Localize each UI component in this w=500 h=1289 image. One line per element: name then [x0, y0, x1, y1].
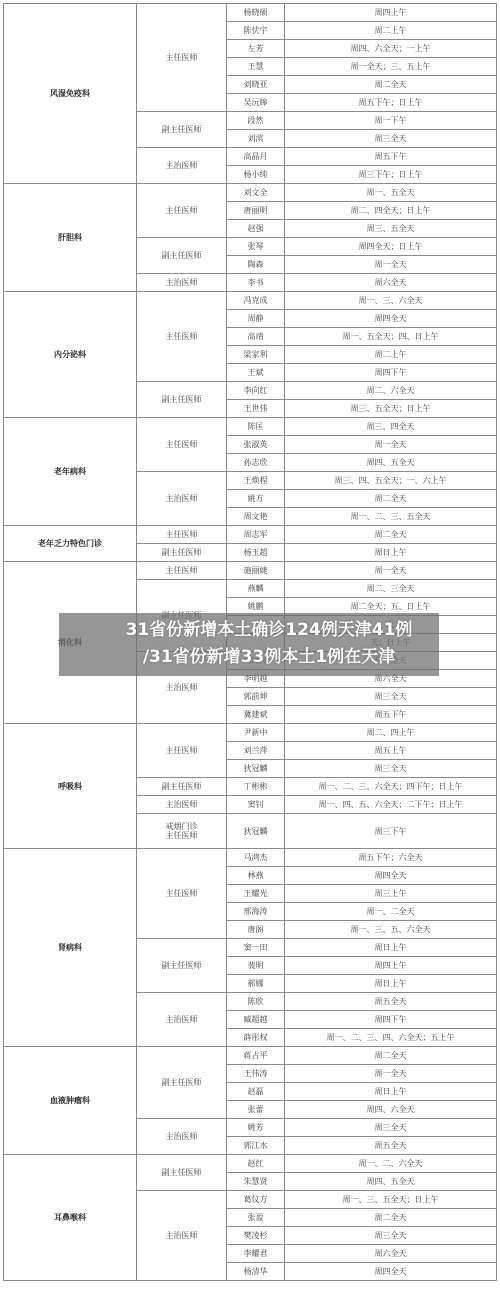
doctor-name-cell: 李书: [227, 274, 285, 292]
schedule-cell: 周一、二、三、五全天: [285, 508, 497, 526]
schedule-cell: 周五下午；六全天: [285, 849, 497, 867]
schedule-cell: 周三、四全天: [285, 418, 497, 436]
doctor-name-cell: 郝娜: [227, 975, 285, 993]
doctor-name-cell: 窦一田: [227, 939, 285, 957]
title-cell: 主治医师: [137, 274, 227, 292]
schedule-cell: 周四、五全天: [285, 454, 497, 472]
headline-banner: 31省份新增本土确诊124例天津41例 /31省份新增33例本土1例在天津: [59, 613, 439, 676]
schedule-cell: 周六全天: [285, 1245, 497, 1263]
doctor-name-cell: 周志军: [227, 526, 285, 544]
schedule-cell: 周一、三、五、六全天: [285, 921, 497, 939]
schedule-cell: 周五下午: [285, 148, 497, 166]
title-cell: 主治医师: [137, 148, 227, 184]
schedule-cell: 周四、六全天；一上午: [285, 40, 497, 58]
doctor-name-cell: 燕麟: [227, 580, 285, 598]
schedule-cell: 周二、六全天: [285, 382, 497, 400]
table-row: 老年病科主任医师陈匡周三、四全天: [4, 418, 497, 436]
doctor-name-cell: 狄冠麟: [227, 814, 285, 849]
schedule-cell: 周二全天: [285, 76, 497, 94]
headline-line-2: /31省份新增33例本土1例在天津: [69, 644, 469, 671]
schedule-cell: 周三全天: [285, 1227, 497, 1245]
doctor-name-cell: 杨玉超: [227, 544, 285, 562]
schedule-cell: 周二、四上午: [285, 724, 497, 742]
doctor-name-cell: 裴明: [227, 957, 285, 975]
schedule-cell: 周五全天: [285, 1137, 497, 1155]
doctor-name-cell: 陈匡: [227, 418, 285, 436]
doctor-name-cell: 葛仪方: [227, 1191, 285, 1209]
doctor-name-cell: 尹新中: [227, 724, 285, 742]
schedule-cell: 周四下午: [285, 1011, 497, 1029]
doctor-name-cell: 张琴: [227, 238, 285, 256]
table-row: 消化科主任医师施丽婕周一全天: [4, 562, 497, 580]
doctor-name-cell: 刘晓亚: [227, 76, 285, 94]
department-cell: 耳鼻喉科: [4, 1155, 137, 1281]
title-cell: 主治医师: [137, 796, 227, 814]
doctor-name-cell: 邢海涛: [227, 903, 285, 921]
table-row: 肝胆科主任医师刘文全周一、五全天: [4, 184, 497, 202]
title-cell: 主任医师: [137, 526, 227, 544]
doctor-name-cell: 郭江水: [227, 1137, 285, 1155]
doctor-name-cell: 窦钊: [227, 796, 285, 814]
title-cell: 主任医师: [137, 4, 227, 112]
doctor-name-cell: 刘滨: [227, 130, 285, 148]
doctor-name-cell: 樊凌杉: [227, 1227, 285, 1245]
table-row: 内分泌科主任医师冯克成周一、三、六全天: [4, 292, 497, 310]
doctor-name-cell: 刘兰萍: [227, 742, 285, 760]
schedule-cell: 周一、二、三、四、六全天；五上午: [285, 1029, 497, 1047]
schedule-cell: 周一、二全天: [285, 903, 497, 921]
doctor-name-cell: 臧超越: [227, 1011, 285, 1029]
schedule-cell: 周一、三、六全天: [285, 292, 497, 310]
doctor-name-cell: 王斌: [227, 364, 285, 382]
schedule-cell: 周一全天: [285, 1065, 497, 1083]
schedule-cell: 周四全天: [285, 310, 497, 328]
doctor-name-cell: 孙志欣: [227, 454, 285, 472]
doctor-name-cell: 林燕: [227, 867, 285, 885]
schedule-cell: 周五全天: [285, 993, 497, 1011]
schedule-cell: 周一全天；三、五上午: [285, 58, 497, 76]
doctor-name-cell: 赵强: [227, 220, 285, 238]
table-row: 肾病科主任医师马鸿杰周五下午；六全天: [4, 849, 497, 867]
schedule-cell: 周三上午: [285, 885, 497, 903]
schedule-cell: 周三、五全天；日上午: [285, 400, 497, 418]
schedule-cell: 周三下午；日上午: [285, 166, 497, 184]
doctor-name-cell: 高靖: [227, 328, 285, 346]
schedule-cell: 周二、四全天；日上午: [285, 202, 497, 220]
title-cell: 主任医师: [137, 292, 227, 382]
schedule-cell: 周五下午: [285, 706, 497, 724]
title-cell: 副主任医师: [137, 1155, 227, 1191]
doctor-name-cell: 周静: [227, 310, 285, 328]
department-cell: 风湿免疫科: [4, 4, 137, 184]
schedule-cell: 周日上午: [285, 975, 497, 993]
title-cell: 主任医师: [137, 184, 227, 238]
title-cell: 副主任医师: [137, 382, 227, 418]
schedule-cell: 周三全天: [285, 1119, 497, 1137]
schedule-cell: 周一全天: [285, 256, 497, 274]
table-row: 耳鼻喉科副主任医师赵红周一、二、六全天: [4, 1155, 497, 1173]
doctor-name-cell: 杨清华: [227, 1263, 285, 1281]
schedule-cell: 周二上午: [285, 22, 497, 40]
doctor-name-cell: 周文艳: [227, 508, 285, 526]
doctor-name-cell: 赵红: [227, 1155, 285, 1173]
doctor-name-cell: 唐丽明: [227, 202, 285, 220]
doctor-name-cell: 王焕程: [227, 472, 285, 490]
doctor-name-cell: 梁家利: [227, 346, 285, 364]
title-cell: 主治医师: [137, 472, 227, 526]
schedule-cell: 周一、五全天: [285, 184, 497, 202]
table-row: 血液肿瘤科副主任医师蒋占平周二全天: [4, 1047, 497, 1065]
schedule-cell: 周二上午: [285, 346, 497, 364]
department-cell: 呼吸科: [4, 724, 137, 849]
schedule-cell: 周一、二、六全天: [285, 1155, 497, 1173]
department-cell: 血液肿瘤科: [4, 1047, 137, 1155]
schedule-cell: 周四全天；日上午: [285, 238, 497, 256]
schedule-cell: 周日上午: [285, 939, 497, 957]
title-cell: 副主任医师: [137, 544, 227, 562]
doctor-name-cell: 段然: [227, 112, 285, 130]
schedule-cell: 周一、五全天；四、日上午: [285, 328, 497, 346]
schedule-cell: 周四、六全天: [285, 1101, 497, 1119]
doctor-name-cell: 李耀君: [227, 1245, 285, 1263]
title-cell: 副主任医师: [137, 112, 227, 148]
schedule-cell: 周五上午: [285, 742, 497, 760]
doctor-name-cell: 陶森: [227, 256, 285, 274]
table-row: 风湿免疫科主任医师杨晓硕周四上午: [4, 4, 497, 22]
schedule-cell: 周日上午: [285, 1083, 497, 1101]
doctor-name-cell: 朱慧贤: [227, 1173, 285, 1191]
doctor-name-cell: 郭前坤: [227, 688, 285, 706]
doctor-name-cell: 丁彬彬: [227, 778, 285, 796]
department-cell: 肾病科: [4, 849, 137, 1047]
doctor-name-cell: 张盈: [227, 1209, 285, 1227]
department-cell: 老年乏力特色门诊: [4, 526, 137, 562]
table-row: 老年乏力特色门诊主任医师周志军周二全天: [4, 526, 497, 544]
doctor-name-cell: 陈欣: [227, 993, 285, 1011]
doctor-name-cell: 王伟涛: [227, 1065, 285, 1083]
department-cell: 肝胆科: [4, 184, 137, 292]
schedule-cell: 周一、二、三、六全天；四下午；日上午: [285, 778, 497, 796]
schedule-cell: 周三、五全天: [285, 220, 497, 238]
doctor-name-cell: 薛彤权: [227, 1029, 285, 1047]
headline-line-1: 31省份新增本土确诊124例天津41例: [69, 617, 469, 644]
schedule-cell: 周一、四、五、六全天；二下午；日上午: [285, 796, 497, 814]
department-cell: 内分泌科: [4, 292, 137, 418]
title-cell: 副主任医师: [137, 939, 227, 993]
schedule-cell: 周一全天: [285, 562, 497, 580]
title-cell: 主任医师: [137, 418, 227, 472]
title-cell: 主任医师: [137, 724, 227, 778]
schedule-cell: 周四上午: [285, 4, 497, 22]
schedule-cell: 周一下午: [285, 112, 497, 130]
title-cell: 戒烟门诊 主任医师: [137, 814, 227, 849]
doctor-name-cell: 唐阁: [227, 921, 285, 939]
doctor-name-cell: 张淑英: [227, 436, 285, 454]
doctor-name-cell: 吴沅皞: [227, 94, 285, 112]
doctor-name-cell: 姚方: [227, 490, 285, 508]
schedule-cell: 周二全天: [285, 1209, 497, 1227]
doctor-name-cell: 赵磊: [227, 1083, 285, 1101]
doctor-name-cell: 姚芳: [227, 1119, 285, 1137]
doctor-name-cell: 狄冠麟: [227, 760, 285, 778]
doctor-name-cell: 王耀光: [227, 885, 285, 903]
schedule-cell: 周四、五全天: [285, 1173, 497, 1191]
doctor-name-cell: 王世伟: [227, 400, 285, 418]
schedule-cell: 周一全天: [285, 436, 497, 454]
title-cell: 副主任医师: [137, 1047, 227, 1119]
doctor-name-cell: 张蕾: [227, 1101, 285, 1119]
title-cell: 主治医师: [137, 993, 227, 1047]
title-cell: 主治医师: [137, 1119, 227, 1155]
schedule-cell: 周日上午: [285, 544, 497, 562]
doctor-name-cell: 左芳: [227, 40, 285, 58]
title-cell: 副主任医师: [137, 778, 227, 796]
schedule-cell: 周三全天: [285, 688, 497, 706]
doctor-name-cell: 杨晓硕: [227, 4, 285, 22]
schedule-cell: 周六全天: [285, 274, 497, 292]
title-cell: 主任医师: [137, 562, 227, 580]
schedule-cell: 周四全天: [285, 1263, 497, 1281]
doctor-name-cell: 杨小纯: [227, 166, 285, 184]
headline-text: 31省份新增本土确诊124例天津41例 /31省份新增33例本土1例在天津: [69, 617, 469, 671]
schedule-cell: 周四上午: [285, 957, 497, 975]
doctor-name-cell: 王慧: [227, 58, 285, 76]
schedule-cell: 周二、三全天: [285, 580, 497, 598]
schedule-cell: 周三全天: [285, 760, 497, 778]
doctor-name-cell: 陈伏宇: [227, 22, 285, 40]
schedule-cell: 周二全天: [285, 490, 497, 508]
schedule-cell: 周二全天: [285, 1047, 497, 1065]
title-cell: 副主任医师: [137, 238, 227, 274]
schedule-cell: 周三下午: [285, 814, 497, 849]
schedule-cell: 周五下午；日上午: [285, 94, 497, 112]
table-row: 呼吸科主任医师尹新中周二、四上午: [4, 724, 497, 742]
doctor-name-cell: 马鸿杰: [227, 849, 285, 867]
department-cell: 老年病科: [4, 418, 137, 526]
schedule-cell: 周四全天: [285, 867, 497, 885]
doctor-name-cell: 刘文全: [227, 184, 285, 202]
doctor-name-cell: 冀建斌: [227, 706, 285, 724]
schedule-cell: 周一、三、五全天；日上午: [285, 1191, 497, 1209]
schedule-cell: 周三全天: [285, 130, 497, 148]
doctor-name-cell: 冯克成: [227, 292, 285, 310]
doctor-name-cell: 蒋占平: [227, 1047, 285, 1065]
doctor-name-cell: 施丽婕: [227, 562, 285, 580]
doctor-name-cell: 李向红: [227, 382, 285, 400]
schedule-cell: 周三、四、五全天；一、六上午: [285, 472, 497, 490]
title-cell: 主治医师: [137, 1191, 227, 1281]
schedule-cell: 周四下午: [285, 364, 497, 382]
schedule-cell: 周二全天: [285, 526, 497, 544]
doctor-name-cell: 高晶月: [227, 148, 285, 166]
title-cell: 主任医师: [137, 849, 227, 939]
